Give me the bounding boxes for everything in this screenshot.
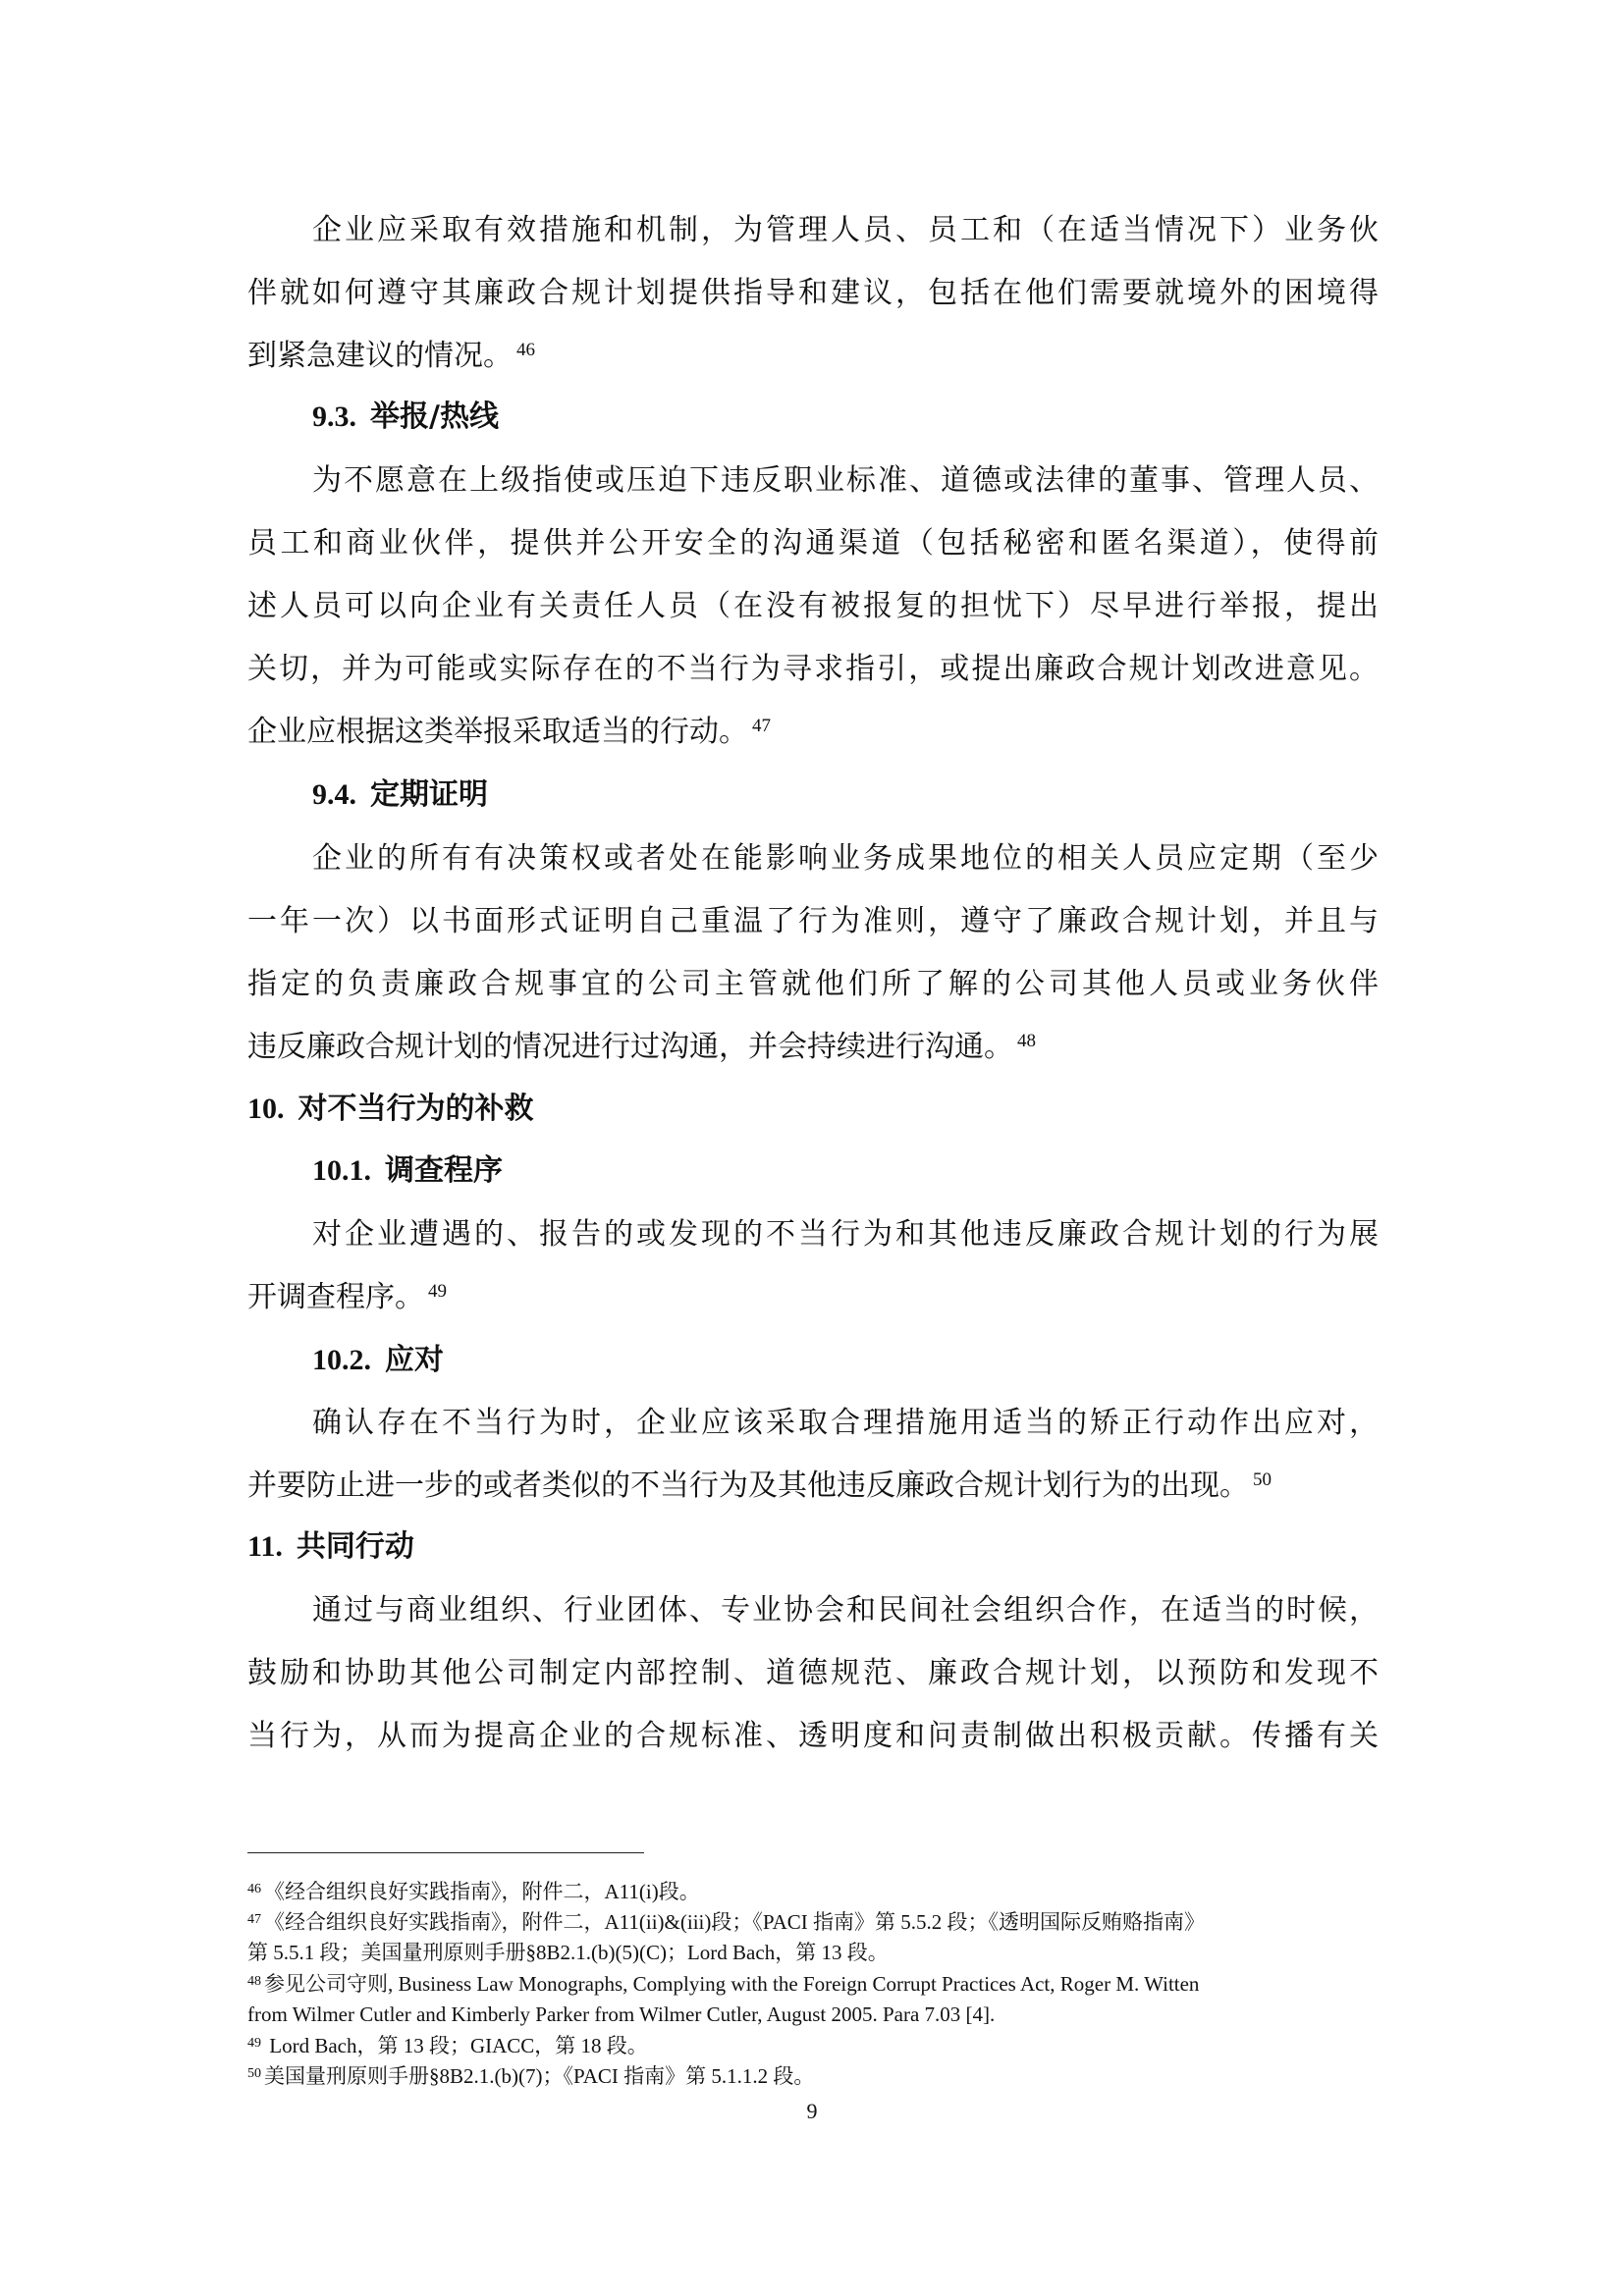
body-text-line: 鼓励和协助其他公司制定内部控制、道德规范、廉政合规计划，以预防和发现不: [247, 1654, 1379, 1693]
section-heading-11: 11.共同行动: [247, 1527, 414, 1567]
body-text-line: 通过与商业组织、行业团体、专业协会和民间社会组织合作，在适当的时候，: [312, 1591, 1379, 1630]
section-number: 9.4.: [312, 778, 356, 811]
section-heading-10: 10.对不当行为的补救: [247, 1090, 534, 1129]
section-title: 定期证明: [370, 777, 488, 812]
footnote-48-cont: from Wilmer Cutler and Kimberly Parker f…: [247, 2000, 1386, 2029]
footnote-text: 参见公司守则, Business Law Monographs, Complyi…: [264, 1972, 1199, 1996]
footnote-ref[interactable]: 46: [516, 340, 535, 360]
footnote-ref[interactable]: 49: [428, 1281, 447, 1302]
footnote-text: 《经合组织良好实践指南》，附件二，A11(i)段。: [264, 1880, 700, 1903]
section-heading-10-2: 10.2.应对: [312, 1341, 444, 1380]
body-text-line: 为不愿意在上级指使或压迫下违反职业标准、道德或法律的董事、管理人员、: [312, 461, 1379, 501]
section-heading-10-1: 10.1.调查程序: [312, 1151, 503, 1191]
body-text: 违反廉政合规计划的情况进行过沟通，并会持续进行沟通。: [247, 1030, 1013, 1064]
body-text-line: 对企业遭遇的、报告的或发现的不当行为和其他违反廉政合规计划的行为展: [312, 1215, 1379, 1255]
section-title: 对不当行为的补救: [298, 1092, 534, 1126]
section-number: 9.3.: [312, 400, 356, 433]
body-text-line: 违反廉政合规计划的情况进行过沟通，并会持续进行沟通。48: [247, 1028, 1379, 1067]
body-text-line: 开调查程序。49: [247, 1278, 1379, 1317]
section-title: 共同行动: [297, 1529, 414, 1564]
section-number: 10.1.: [312, 1154, 371, 1187]
body-text: 开调查程序。: [247, 1280, 424, 1314]
footnote-mark: 49: [247, 2036, 261, 2051]
footnote-mark: 47: [247, 1912, 261, 1927]
body-text-line: 当行为，从而为提高企业的合规标准、透明度和问责制做出积极贡献。传播有关: [247, 1717, 1379, 1756]
footnote-ref[interactable]: 50: [1253, 1469, 1272, 1490]
body-text-line: 述人员可以向企业有关责任人员（在没有被报复的担忧下）尽早进行举报，提出: [247, 587, 1379, 626]
section-number: 10.2.: [312, 1344, 371, 1376]
section-heading-9-4: 9.4.定期证明: [312, 775, 488, 815]
section-number: 11.: [247, 1530, 283, 1563]
section-title: 举报/热线: [370, 400, 499, 434]
body-text-line: 指定的负责廉政合规事宜的公司主管就他们所了解的公司其他人员或业务伙伴: [247, 965, 1379, 1004]
footnote-48: 48参见公司守则, Business Law Monographs, Compl…: [247, 1969, 1386, 1999]
footnote-50: 50美国量刑原则手册§8B2.1.(b)(7)；《PACI 指南》第 5.1.1…: [247, 2061, 1386, 2091]
body-text-line: 企业应根据这类举报采取适当的行动。47: [247, 713, 1379, 752]
footnote-49: 49 Lord Bach，第 13 段；GIACC，第 18 段。: [247, 2031, 1386, 2060]
footnote-ref[interactable]: 48: [1017, 1031, 1036, 1051]
footnote-46: 46《经合组织良好实践指南》，附件二，A11(i)段。: [247, 1877, 1386, 1906]
footnote-text: 《经合组织良好实践指南》，附件二，A11(ii)&(iii)段；《PACI 指南…: [264, 1910, 1205, 1934]
body-text-line: 关切，并为可能或实际存在的不当行为寻求指引，或提出廉政合规计划改进意见。: [247, 650, 1379, 689]
body-text-line: 企业的所有有决策权或者处在能影响业务成果地位的相关人员应定期（至少: [312, 839, 1379, 879]
page-number: 9: [800, 2097, 824, 2126]
footnote-separator: [247, 1852, 644, 1853]
body-text-line: 企业应采取有效措施和机制，为管理人员、员工和（在适当情况下）业务伙: [312, 211, 1379, 250]
footnote-47-cont: 第 5.5.1 段；美国量刑原则手册§8B2.1.(b)(5)(C)；Lord …: [247, 1938, 1386, 1967]
body-text-line: 并要防止进一步的或者类似的不当行为及其他违反廉政合规计划行为的出现。50: [247, 1467, 1379, 1506]
footnote-mark: 46: [247, 1882, 261, 1896]
footnote-mark: 50: [247, 2066, 261, 2081]
footnote-text: 美国量刑原则手册§8B2.1.(b)(7)；《PACI 指南》第 5.1.1.2…: [264, 2064, 814, 2088]
body-text-line: 确认存在不当行为时，企业应该采取合理措施用适当的矫正行动作出应对，: [312, 1404, 1379, 1443]
footnote-47: 47《经合组织良好实践指南》，附件二，A11(ii)&(iii)段；《PACI …: [247, 1907, 1386, 1937]
section-number: 10.: [247, 1093, 285, 1125]
body-text-line: 到紧急建议的情况。46: [247, 337, 1379, 376]
body-text-line: 员工和商业伙伴，提供并公开安全的沟通渠道（包括秘密和匿名渠道），使得前: [247, 524, 1379, 563]
body-text: 到紧急建议的情况。: [247, 339, 513, 373]
footnote-text: Lord Bach，第 13 段；GIACC，第 18 段。: [264, 2034, 648, 2057]
body-text-line: 伴就如何遵守其廉政合规计划提供指导和建议，包括在他们需要就境外的困境得: [247, 274, 1379, 313]
document-page: 企业应采取有效措施和机制，为管理人员、员工和（在适当情况下）业务伙 伴就如何遵守…: [0, 0, 1624, 2296]
section-title: 调查程序: [385, 1153, 503, 1188]
body-text: 并要防止进一步的或者类似的不当行为及其他违反廉政合规计划行为的出现。: [247, 1468, 1249, 1503]
section-title: 应对: [385, 1343, 444, 1377]
section-heading-9-3: 9.3.举报/热线: [312, 398, 499, 437]
body-text-line: 一年一次）以书面形式证明自己重温了行为准则，遵守了廉政合规计划，并且与: [247, 902, 1379, 941]
footnote-ref[interactable]: 47: [752, 716, 771, 736]
body-text: 企业应根据这类举报采取适当的行动。: [247, 715, 748, 749]
footnote-mark: 48: [247, 1974, 261, 1989]
